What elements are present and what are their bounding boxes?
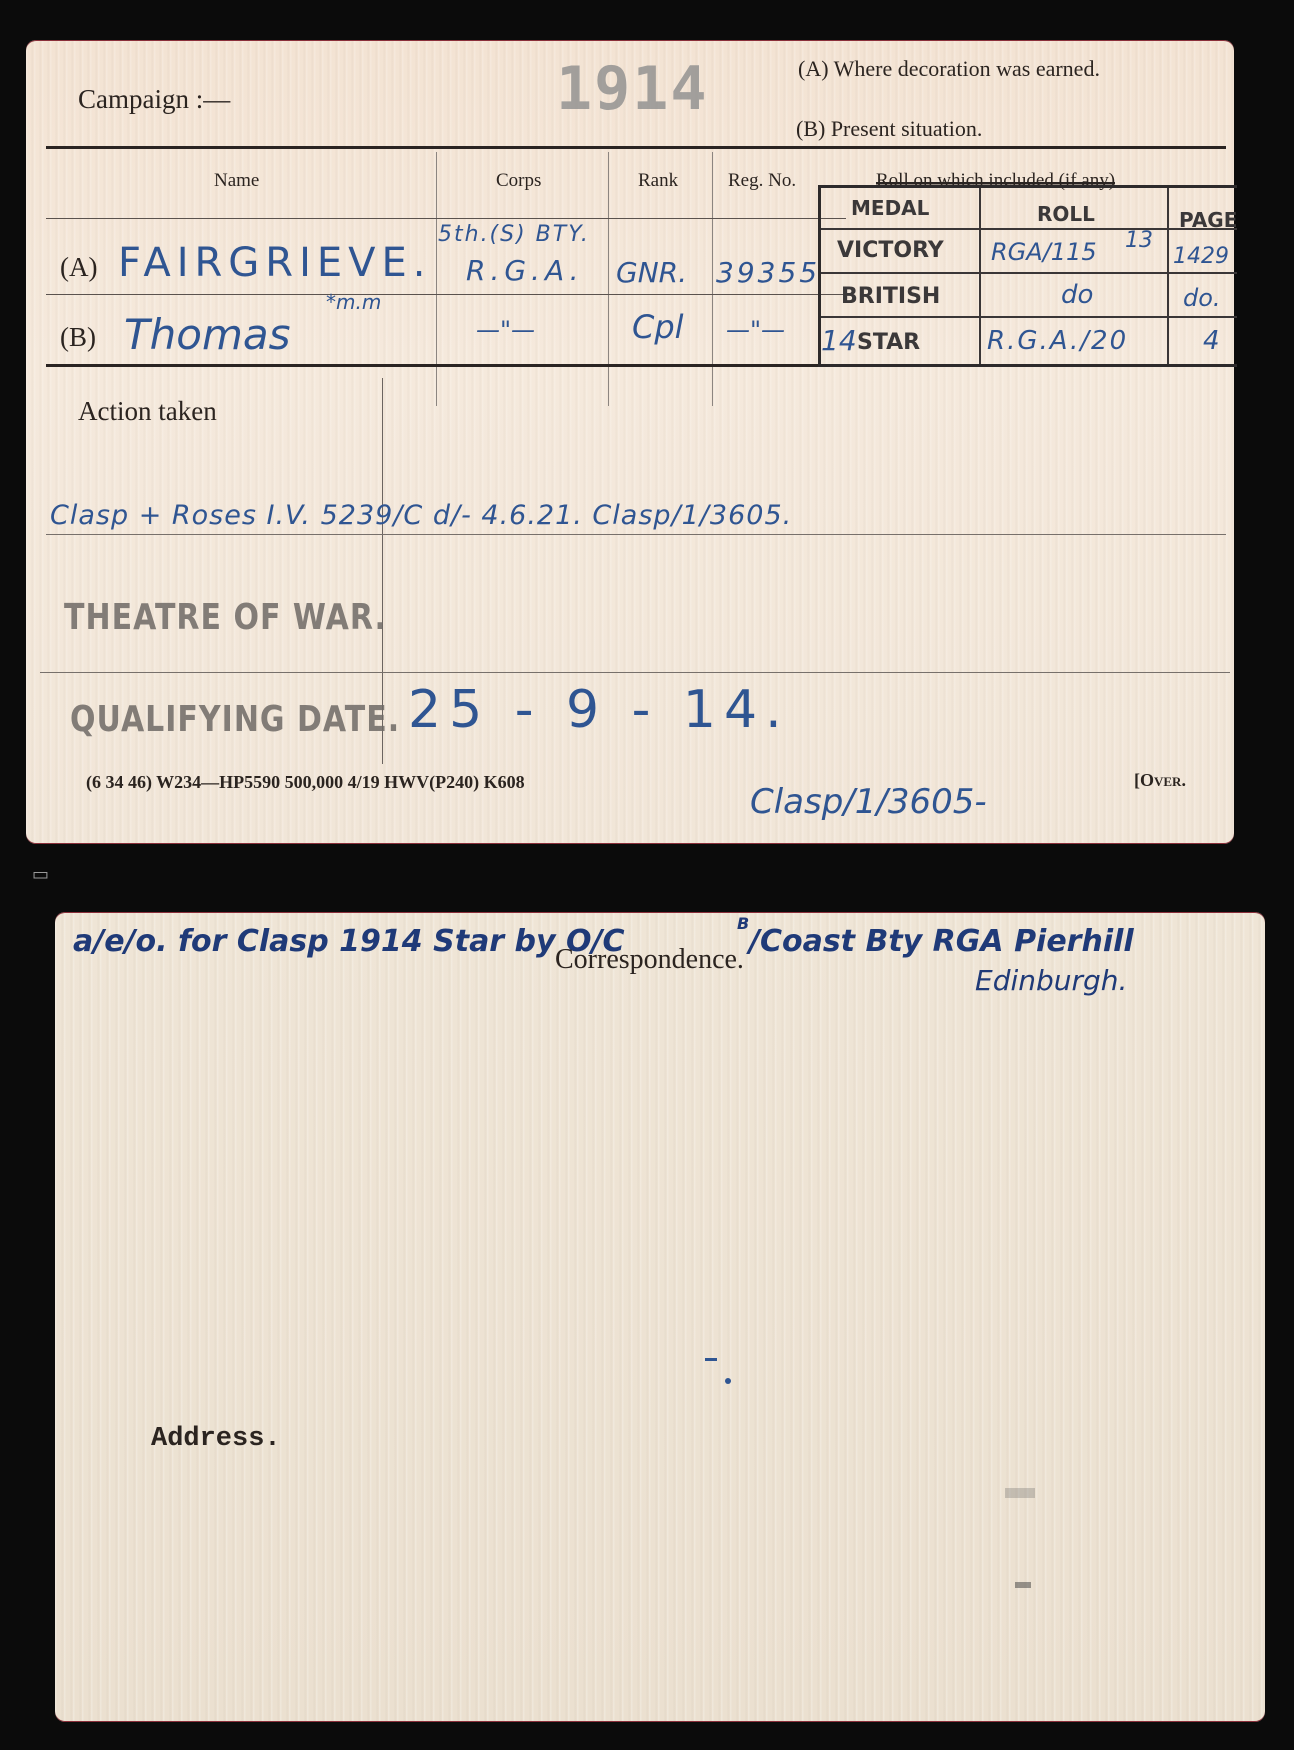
column-header-reg-no: Reg. No. (728, 170, 796, 192)
first-name: Thomas (124, 310, 291, 359)
roll-victory-superscript: 13 (1125, 228, 1153, 253)
column-divider (608, 152, 609, 406)
ink-speck (725, 1378, 731, 1384)
medal-british: BRITISH (841, 284, 940, 309)
qualifying-date-stamp: QUALIFYING DATE. (70, 699, 400, 741)
campaign-label: Campaign :— (78, 84, 230, 115)
row-rule (46, 294, 846, 295)
address-label: Address. (151, 1424, 281, 1454)
corps-unit: 5th.(S) BTY. (438, 222, 590, 247)
medal-victory: VICTORY (837, 238, 944, 263)
smudge (1015, 1582, 1031, 1588)
page-victory: 1429 (1173, 244, 1229, 269)
column-divider (712, 152, 713, 406)
rank-b: Cpl (632, 308, 684, 346)
reg-no-b-ditto: —"— (726, 316, 785, 344)
over-label: [Over. (1134, 770, 1186, 791)
row-rule (46, 218, 846, 219)
roll-star: R.G.A./20 (987, 326, 1128, 356)
page-star: 4 (1203, 326, 1220, 356)
page-british: do. (1183, 284, 1221, 312)
correspondence-label: Correspondence. (555, 944, 744, 976)
award-annotation-mm: *m.m (326, 290, 381, 314)
back-handwritten-superscript: B (737, 914, 749, 933)
campaign-year-stamp: 1914 (556, 54, 709, 124)
roll-divider (1167, 188, 1169, 364)
roll-rule (821, 316, 1237, 318)
roll-rule (821, 272, 1237, 274)
column-header-corps: Corps (496, 170, 541, 192)
roll-victory: RGA/115 (991, 238, 1097, 266)
medal-star-prefix: 14 (821, 324, 857, 357)
column-divider (436, 152, 437, 406)
medal-index-card-back: a/e/o. for Clasp 1914 Star by O/C B /Coa… (55, 912, 1265, 1722)
back-handwritten-note-right: /Coast Bty RGA Pierhill (749, 924, 1134, 959)
medal-roll-table: MEDAL ROLL PAGE VICTORY RGA/115 13 1429 … (818, 185, 1237, 367)
roll-header-medal: MEDAL (851, 196, 929, 220)
ink-speck (705, 1358, 717, 1361)
row-a-prefix: (A) (60, 252, 97, 283)
action-rule (46, 534, 1226, 535)
corps: R.G.A. (466, 254, 584, 287)
footer-clasp-note: Clasp/1/3605- (750, 782, 987, 822)
theatre-rule (40, 672, 1230, 673)
roll-header-roll: ROLL (1037, 202, 1095, 226)
medal-index-card-front: Campaign :— 1914 (A) Where decoration wa… (26, 40, 1234, 844)
back-handwritten-note-left: a/e/o. for Clasp 1914 Star by O/C (73, 924, 625, 959)
column-header-name: Name (214, 170, 259, 192)
film-frame-mark: ▭ (32, 864, 49, 885)
back-handwritten-location: Edinburgh. (975, 964, 1127, 997)
legend-b: (B) Present situation. (796, 116, 982, 142)
roll-british: do (1061, 280, 1093, 310)
action-entry: Clasp + Roses I.V. 5239/C d/- 4.6.21. Cl… (50, 500, 792, 531)
roll-header-page: PAGE (1179, 208, 1237, 232)
legend-a: (A) Where decoration was earned. (798, 56, 1100, 82)
corps-b-ditto: —"— (476, 316, 535, 344)
theatre-of-war-stamp: THEATRE OF WAR. (64, 597, 387, 639)
qualifying-date-value: 25 - 9 - 14. (408, 680, 790, 740)
rank-a: GNR. (616, 256, 687, 289)
roll-divider (979, 188, 981, 364)
form-print-code: (6 34 46) W234—HP5590 500,000 4/19 HWV(P… (86, 772, 525, 793)
action-taken-label: Action taken (78, 396, 217, 427)
medal-star: STAR (857, 330, 920, 355)
roll-rule (821, 228, 1237, 230)
column-header-rank: Rank (638, 170, 678, 192)
smudge (1005, 1488, 1035, 1498)
row-b-prefix: (B) (60, 322, 96, 353)
reg-no-a: 39355 (716, 256, 820, 289)
surname: FAIRGRIEVE. (118, 240, 432, 286)
header-rule (46, 146, 1226, 149)
